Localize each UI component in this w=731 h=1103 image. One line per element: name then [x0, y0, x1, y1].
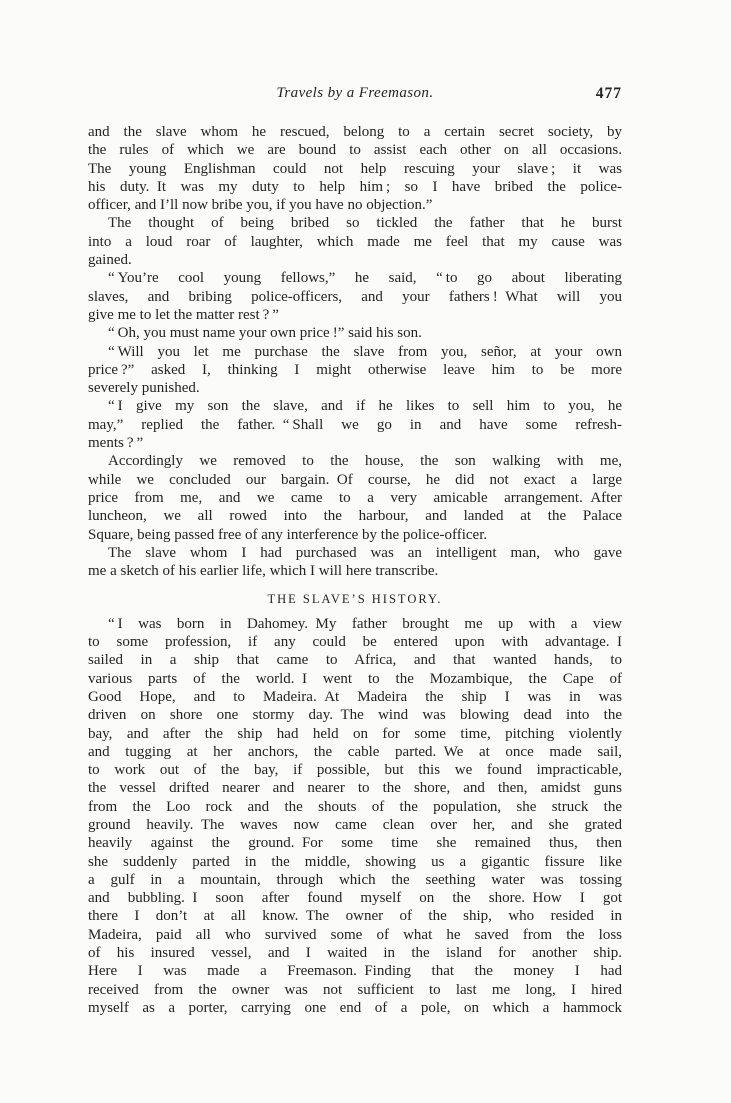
text-line: Here I was made a Freemason. Finding tha… — [88, 962, 622, 980]
text-line: myself as a porter, carrying one end of … — [88, 999, 622, 1017]
paragraph: Accordingly we removed to the house, the… — [88, 452, 622, 543]
text-line: “ I give my son the slave, and if he lik… — [88, 397, 622, 415]
running-head-title: Travels by a Freemason. — [277, 85, 434, 101]
text-line: “ You’re cool young fellows,” he said, “… — [88, 269, 622, 287]
text-line: Good Hope, and to Madeira. At Madeira th… — [88, 688, 622, 706]
text-line: the vessel drifted nearer and nearer to … — [88, 779, 622, 797]
text-line: The slave whom I had purchased was an in… — [88, 544, 622, 562]
text-line: The young Englishman could not help resc… — [88, 160, 622, 178]
text-block: Travels by a Freemason. 477 and the slav… — [88, 85, 622, 1017]
text-line: heavily against the ground. For some tim… — [88, 834, 622, 852]
text-line: into a loud roar of laughter, which made… — [88, 233, 622, 251]
text-line: ground heavily. The waves now came clean… — [88, 816, 622, 834]
text-line: may,” replied the father. “ Shall we go … — [88, 416, 622, 434]
text-line: “ Will you let me purchase the slave fro… — [88, 343, 622, 361]
text-line: his duty. It was my duty to help him ; s… — [88, 178, 622, 196]
text-line: luncheon, we all rowed into the harbour,… — [88, 507, 622, 525]
section-heading: THE SLAVE’S HISTORY. — [88, 590, 622, 608]
paragraph: “ I give my son the slave, and if he lik… — [88, 397, 622, 452]
text-line: price ?” asked I, thinking I might other… — [88, 361, 622, 379]
text-line: me a sketch of his earlier life, which I… — [88, 562, 622, 580]
text-line: of his insured vessel, and I waited in t… — [88, 944, 622, 962]
paragraph: The slave whom I had purchased was an in… — [88, 544, 622, 581]
text-line: Square, being passed free of any interfe… — [88, 526, 622, 544]
text-line: there I don’t at all know. The owner of … — [88, 907, 622, 925]
text-line: a gulf in a mountain, through which the … — [88, 871, 622, 889]
paragraph: “ I was born in Dahomey. My father broug… — [88, 615, 622, 1018]
text-line: The thought of being bribed so tickled t… — [88, 214, 622, 232]
book-page: Travels by a Freemason. 477 and the slav… — [0, 0, 731, 1103]
paragraph: and the slave whom he rescued, belong to… — [88, 123, 622, 214]
text-line: while we concluded our bargain. Of cours… — [88, 471, 622, 489]
text-line: bay, and after the ship had held on for … — [88, 725, 622, 743]
text-line: Madeira, paid all who survived some of w… — [88, 926, 622, 944]
paragraph: The thought of being bribed so tickled t… — [88, 214, 622, 269]
page-text-content: and the slave whom he rescued, belong to… — [88, 123, 622, 1017]
running-head: Travels by a Freemason. 477 — [88, 85, 622, 102]
text-line: sailed in a ship that came to Africa, an… — [88, 651, 622, 669]
text-line: “ I was born in Dahomey. My father broug… — [88, 615, 622, 633]
text-line: Accordingly we removed to the house, the… — [88, 452, 622, 470]
text-line: to work out of the bay, if possible, but… — [88, 761, 622, 779]
text-line: from the Loo rock and the shouts of the … — [88, 798, 622, 816]
text-line: the rules of which we are bound to assis… — [88, 141, 622, 159]
text-line: and tugging at her anchors, the cable pa… — [88, 743, 622, 761]
text-line: various parts of the world. I went to th… — [88, 670, 622, 688]
text-line: driven on shore one stormy day. The wind… — [88, 706, 622, 724]
text-line: slaves, and bribing police-officers, and… — [88, 288, 622, 306]
page-number: 477 — [596, 85, 622, 102]
text-line: officer, and I’ll now bribe you, if you … — [88, 196, 622, 214]
text-line: and the slave whom he rescued, belong to… — [88, 123, 622, 141]
text-line: give me to let the matter rest ? ” — [88, 306, 622, 324]
paragraph: “ You’re cool young fellows,” he said, “… — [88, 269, 622, 324]
text-line: gained. — [88, 251, 622, 269]
text-line: received from the owner was not sufficie… — [88, 981, 622, 999]
text-line: price from me, and we came to a very ami… — [88, 489, 622, 507]
paragraph: “ Oh, you must name your own price !” sa… — [88, 324, 622, 342]
text-line: she suddenly parted in the middle, showi… — [88, 853, 622, 871]
text-line: and bubbling. I soon after found myself … — [88, 889, 622, 907]
text-line: to some profession, if any could be ente… — [88, 633, 622, 651]
text-line: ments ? ” — [88, 434, 622, 452]
text-line: severely punished. — [88, 379, 622, 397]
paragraph: “ Will you let me purchase the slave fro… — [88, 343, 622, 398]
text-line: “ Oh, you must name your own price !” sa… — [88, 324, 622, 342]
